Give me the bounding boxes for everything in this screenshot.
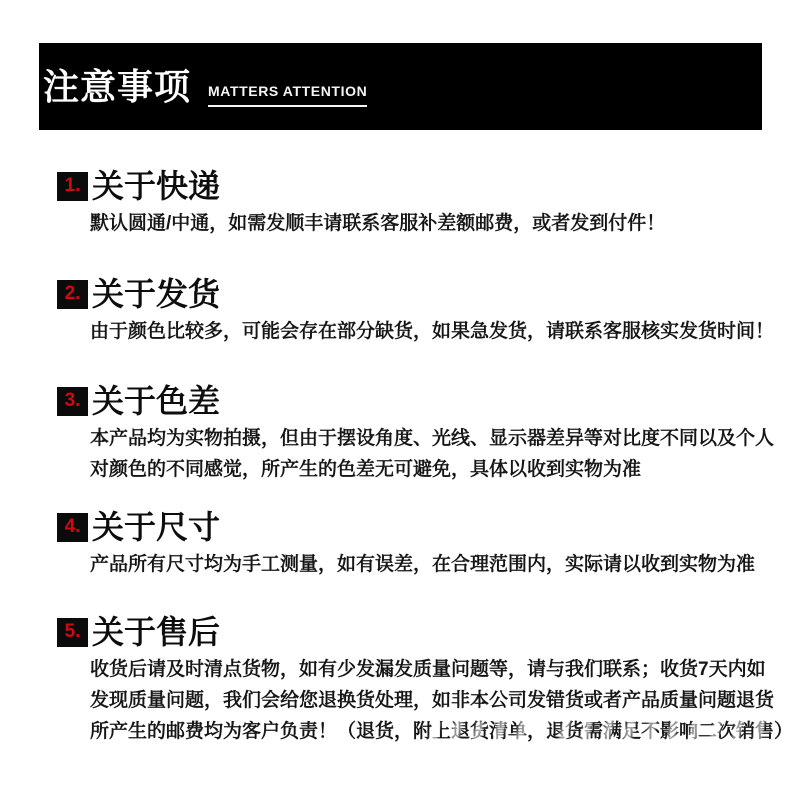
number-badge: 2. <box>57 280 88 309</box>
section-header: 3. 关于色差 <box>57 383 797 419</box>
section-title: 关于尺寸 <box>92 509 220 545</box>
section-body: 收货后请及时清点货物，如有少发漏发质量问题等，请与我们联系；收货7天内如 发现质… <box>90 654 796 747</box>
section-header: 4. 关于尺寸 <box>57 509 797 545</box>
banner-title-english: MATTERS ATTENTION <box>208 83 367 107</box>
section-title: 关于色差 <box>92 383 220 419</box>
notice-page: 注意事项 MATTERS ATTENTION 1. 关于快递 默认圆通/中通，如… <box>0 0 800 800</box>
section-title: 关于售后 <box>92 614 220 650</box>
section-color-difference: 3. 关于色差 本产品均为实物拍摄，但由于摆设角度、光线、显示器差异等对比度不同… <box>57 383 797 485</box>
attention-banner: 注意事项 MATTERS ATTENTION <box>39 43 762 130</box>
number-badge: 1. <box>57 172 88 201</box>
number-badge: 3. <box>57 387 88 416</box>
number-badge: 4. <box>57 513 88 542</box>
section-after-sales: 5. 关于售后 收货后请及时清点货物，如有少发漏发质量问题等，请与我们联系；收货… <box>57 614 797 747</box>
section-title: 关于发货 <box>92 276 220 312</box>
section-size: 4. 关于尺寸 产品所有尺寸均为手工测量，如有误差，在合理范围内，实际请以收到实… <box>57 509 797 580</box>
section-body: 由于颜色比较多，可能会存在部分缺货，如果急发货，请联系客服核实发货时间！ <box>90 316 796 347</box>
section-header: 1. 关于快递 <box>57 168 797 204</box>
section-express: 1. 关于快递 默认圆通/中通，如需发顺丰请联系客服补差额邮费，或者发到付件！ <box>57 168 797 239</box>
section-shipping: 2. 关于发货 由于颜色比较多，可能会存在部分缺货，如果急发货，请联系客服核实发… <box>57 276 797 347</box>
number-badge: 5. <box>57 618 88 647</box>
section-body: 本产品均为实物拍摄，但由于摆设角度、光线、显示器差异等对比度不同以及个人 对颜色… <box>90 423 796 485</box>
section-header: 5. 关于售后 <box>57 614 797 650</box>
notice-sections: 1. 关于快递 默认圆通/中通，如需发顺丰请联系客服补差额邮费，或者发到付件！ … <box>57 168 797 747</box>
section-body: 产品所有尺寸均为手工测量，如有误差，在合理范围内，实际请以收到实物为准 <box>90 549 796 580</box>
section-header: 2. 关于发货 <box>57 276 797 312</box>
section-title: 关于快递 <box>92 168 220 204</box>
section-body: 默认圆通/中通，如需发顺丰请联系客服补差额邮费，或者发到付件！ <box>90 208 796 239</box>
banner-title-chinese: 注意事项 <box>43 69 191 105</box>
